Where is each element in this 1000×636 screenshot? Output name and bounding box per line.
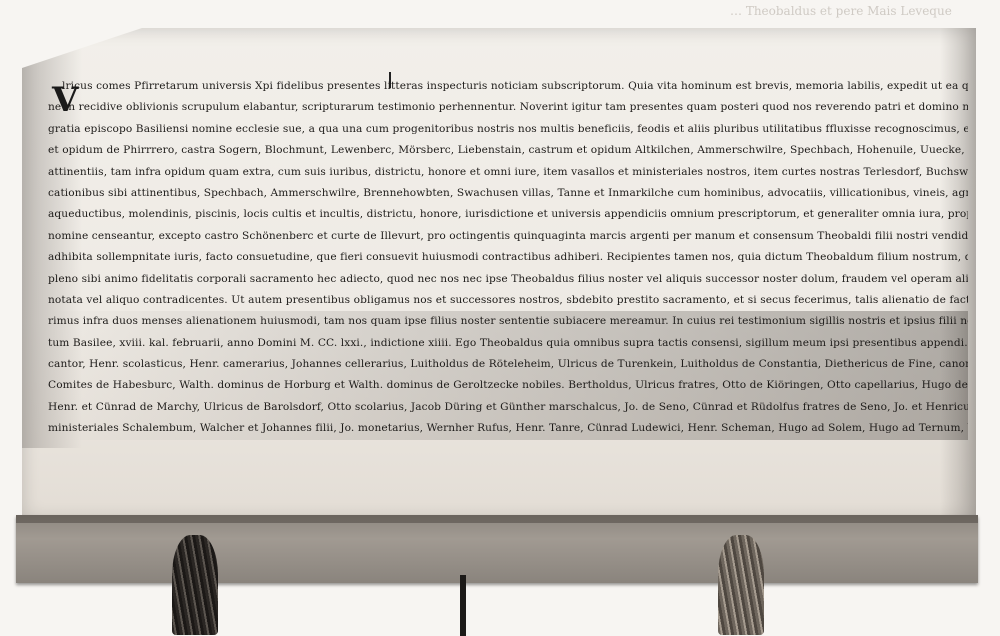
bleed-through-text: … Theobaldus et pere Mais Leveque	[730, 4, 952, 18]
text-line: lricus comes Pfirretarum universis Xpi f…	[48, 76, 968, 97]
text-line: cationibus sibi attinentibus, Spechbach,…	[48, 183, 968, 204]
plica-fold	[16, 515, 978, 583]
text-line: Comites de Habesburc, Walth. dominus de …	[48, 375, 968, 396]
text-line: notata vel aliquo contradicentes. Ut aut…	[48, 290, 968, 311]
text-line: gratia episcopo Basiliensi nomine eccles…	[48, 119, 968, 140]
text-line: ne in recidive oblivionis scrupulum elab…	[48, 97, 968, 118]
torn-corner	[22, 28, 142, 68]
text-line: attinentiis, tam infra opidum quam extra…	[48, 162, 968, 183]
text-line: pleno sibi animo fidelitatis corporali s…	[48, 269, 968, 290]
text-line: tum Basilee, xviii. kal. februarii, anno…	[48, 333, 968, 354]
seal-cord-right	[718, 535, 764, 635]
text-line: ministeriales Schalembum, Walcher et Joh…	[48, 418, 968, 439]
charter-text: lricus comes Pfirretarum universis Xpi f…	[48, 76, 968, 440]
text-line: adhibita sollempnitate iuris, facto cons…	[48, 247, 968, 268]
text-line: et opidum de Phirrrero, castra Sogern, B…	[48, 140, 968, 161]
seal-cord-left	[172, 535, 218, 635]
mounting-post	[460, 575, 466, 636]
text-line: nomine censeantur, excepto castro Schöne…	[48, 226, 968, 247]
text-line: cantor, Henr. scolasticus, Henr. camerar…	[48, 354, 968, 375]
text-line: rimus infra duos menses alienationem hui…	[48, 311, 968, 332]
text-line: Henr. et Cünrad de Marchy, Ulricus de Ba…	[48, 397, 968, 418]
text-line: aqueductibus, molendinis, piscinis, loci…	[48, 204, 968, 225]
